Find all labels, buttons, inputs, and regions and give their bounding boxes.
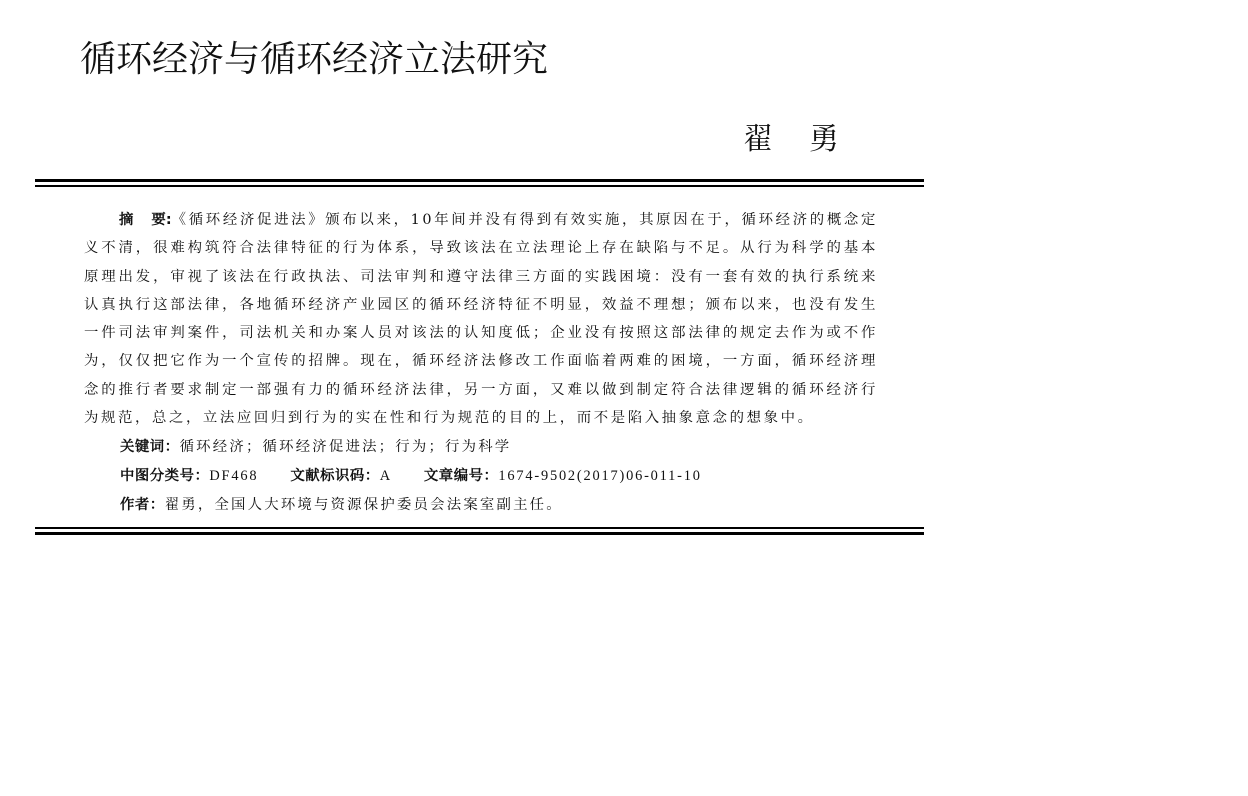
- clc-label: 中图分类号：: [120, 468, 209, 484]
- top-rule-thin: [35, 185, 924, 187]
- keywords-label: 关键词：: [120, 439, 180, 455]
- author-char-1: 翟: [743, 120, 773, 160]
- author-note-value: 翟勇，全国人大环境与资源保护委员会法案室副主任。: [165, 497, 563, 513]
- article-no-value: 1674-9502(2017)06-011-10: [498, 468, 701, 484]
- keywords-value: 循环经济；循环经济促进法；行为；行为科学: [180, 439, 512, 455]
- classification-line: 中图分类号：DF468文献标识码：A文章编号：1674-9502(2017)06…: [120, 464, 702, 485]
- doc-code-value: A: [380, 468, 392, 484]
- article-no-label: 文章编号：: [424, 468, 498, 484]
- article-title: 循环经济与循环经济立法研究: [80, 36, 548, 84]
- author-note-label: 作者：: [120, 497, 165, 513]
- abstract-text: 《循环经济促进法》颁布以来，10年间并没有得到有效实施，其原因在于，循环经济的概…: [84, 212, 878, 426]
- author-char-2: 勇: [809, 120, 839, 160]
- abstract-label: 摘要:: [119, 212, 172, 228]
- author-note-line: 作者：翟勇，全国人大环境与资源保护委员会法案室副主任。: [120, 493, 563, 514]
- author-name: 翟勇: [743, 120, 839, 160]
- top-rule-thick: [35, 179, 924, 182]
- doc-code-label: 文献标识码：: [290, 468, 379, 484]
- keywords-line: 关键词：循环经济；循环经济促进法；行为；行为科学: [120, 435, 511, 456]
- bottom-rule-thick: [35, 532, 924, 535]
- abstract-paragraph: 摘要:《循环经济促进法》颁布以来，10年间并没有得到有效实施，其原因在于，循环经…: [84, 206, 878, 432]
- clc-value: DF468: [209, 468, 258, 484]
- bottom-rule-thin: [35, 527, 924, 529]
